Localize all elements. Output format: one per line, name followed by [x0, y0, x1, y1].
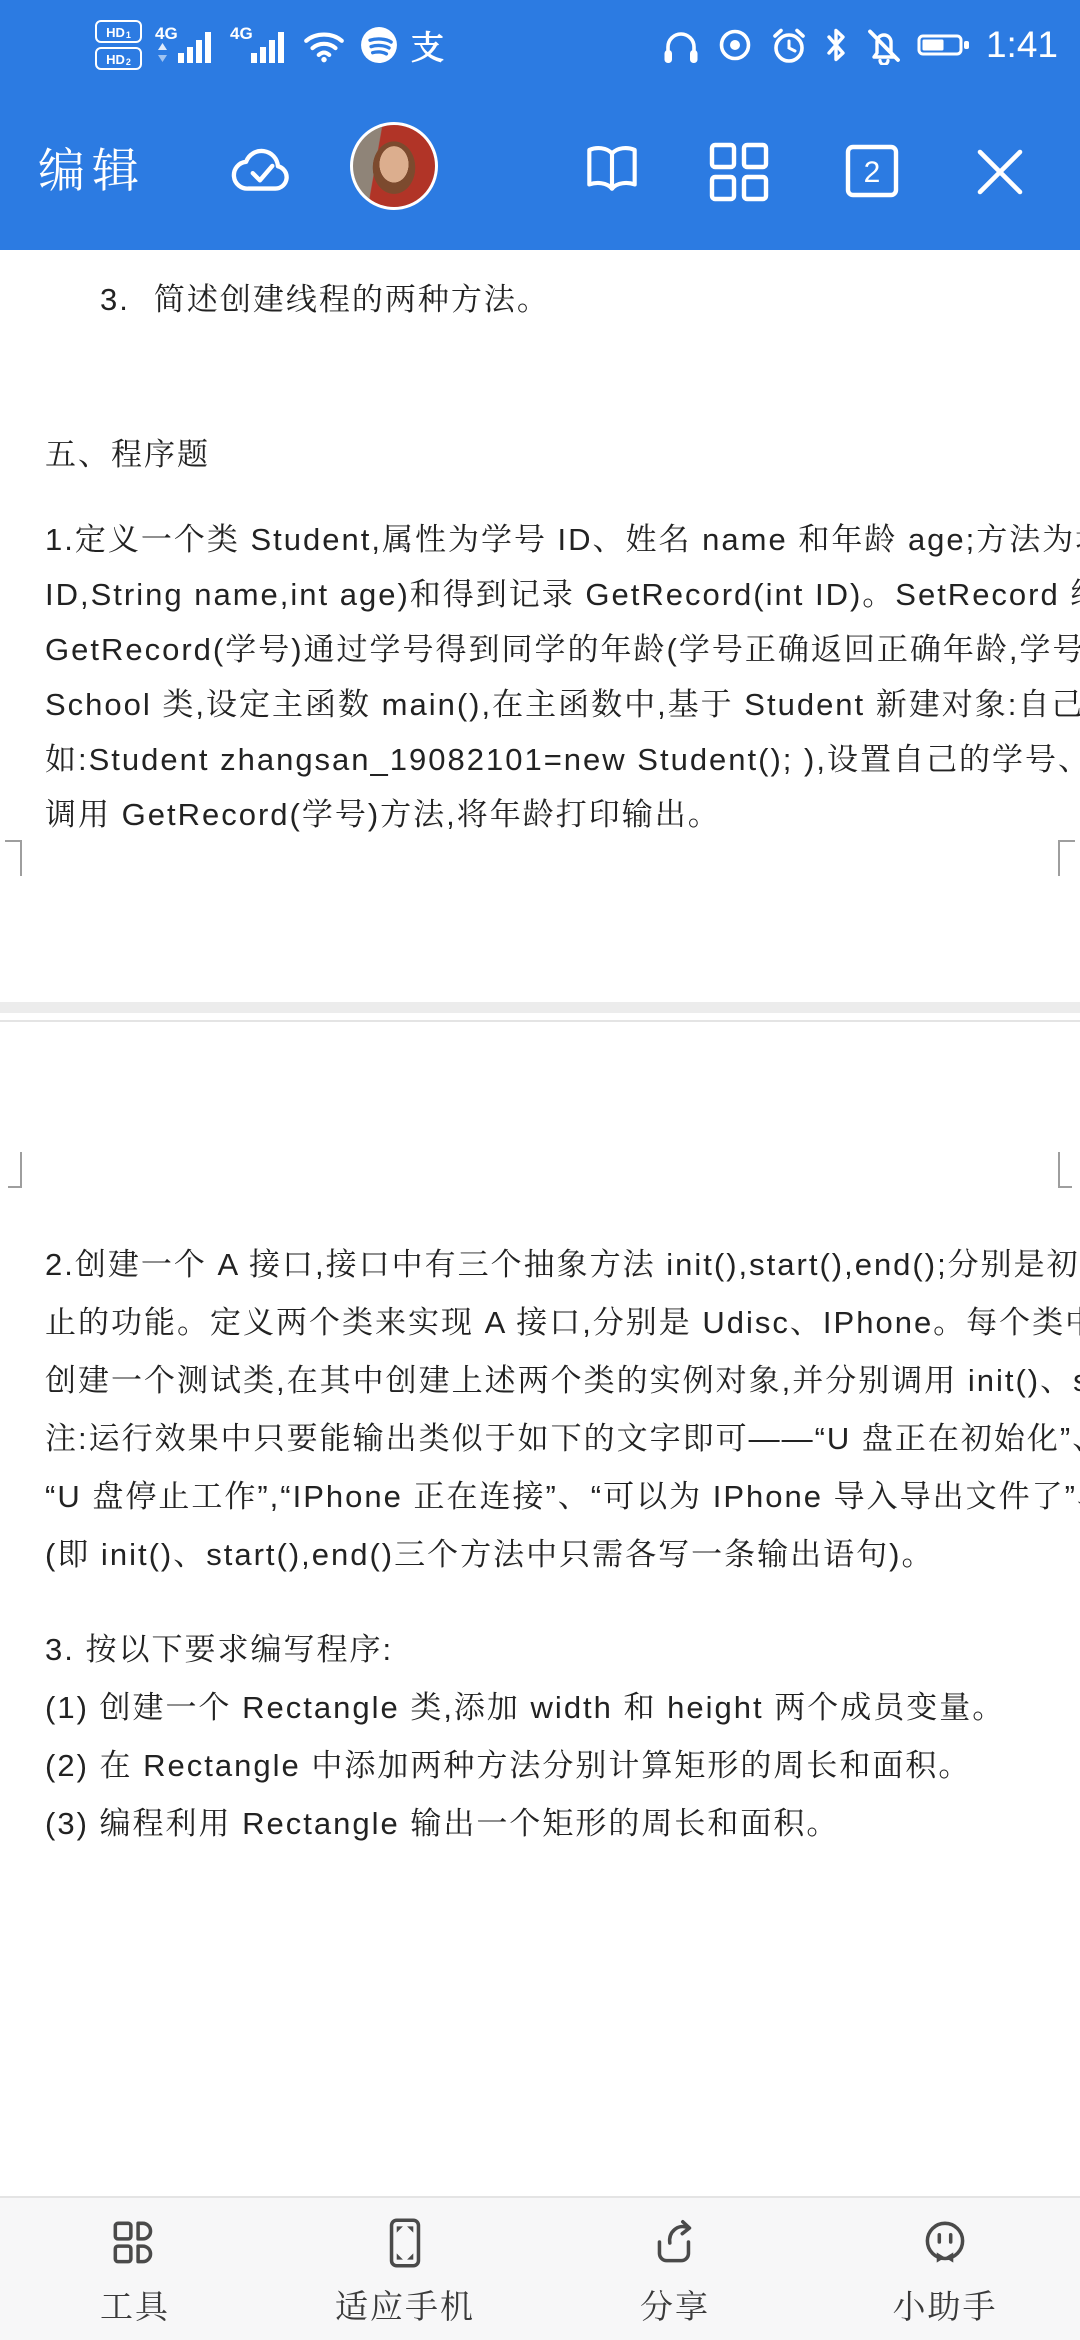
close-icon — [972, 144, 1028, 200]
assistant-face-icon — [916, 2214, 974, 2272]
doc-line: 2.创建一个 A 接口,接口中有三个抽象方法 init(),start(),en… — [45, 1245, 1080, 1285]
doc-line: 注:运行效果中只要能输出类似于如下的文字即可——“U 盘正在初始化”、“U 盘开… — [45, 1419, 1080, 1459]
page1-corner-left — [5, 840, 22, 876]
battery-icon — [917, 31, 971, 59]
q3-text: 简述创建线程的两种方法。 — [154, 282, 550, 317]
share-arrow-icon — [646, 2214, 704, 2272]
doc-line: School 类,设定主函数 main(),在主函数中,基于 Student 新… — [45, 685, 1080, 725]
svg-text:4G: 4G — [230, 24, 253, 43]
hd1-sub: 1 — [126, 30, 131, 41]
hd2-icon: HD2 — [95, 47, 142, 70]
signal-4g-1-icon: 4G — [155, 23, 215, 67]
document-canvas[interactable]: 3.简述创建线程的两种方法。 五、程序题 1.定义一个类 Student,属性为… — [0, 250, 1080, 2196]
doc-line: ID,String name,int age)和得到记录 GetRecord(i… — [45, 575, 1080, 615]
fit-phone-button[interactable]: 适应手机 — [270, 2198, 540, 2340]
doc-line: “U 盘停止工作”,“IPhone 正在连接”、“可以为 IPhone 导入导出… — [45, 1477, 1080, 1517]
headphones-icon — [660, 25, 702, 65]
hd-badges: HD1 HD2 — [95, 20, 142, 70]
page1-corner-right — [1058, 840, 1075, 876]
fit-phone-label: 适应手机 — [335, 2281, 475, 2328]
spotify-icon — [360, 26, 398, 64]
svg-text:2: 2 — [864, 156, 881, 189]
doc-line: (1) 创建一个 Rectangle 类,添加 width 和 height 两… — [45, 1688, 1005, 1728]
status-right: 1:41 — [660, 24, 1058, 66]
status-bar: HD1 HD2 4G 4G — [95, 14, 1058, 76]
doc-q3-title: 3. 按以下要求编写程序: — [45, 1630, 393, 1670]
assistant-label: 小助手 — [893, 2281, 998, 2328]
doc-line: (3) 编程利用 Rectangle 输出一个矩形的周长和面积。 — [45, 1804, 839, 1844]
page-switcher-button[interactable]: 2 — [842, 141, 902, 204]
clock-text: 1:41 — [986, 24, 1058, 66]
tools-button[interactable]: 工具 — [0, 2198, 270, 2340]
page2-corner-left — [8, 1152, 22, 1188]
close-button[interactable] — [972, 144, 1028, 203]
doc-line: 如:Student zhangsan_19082101=new Student(… — [45, 740, 1080, 780]
notifications-off-icon — [862, 25, 904, 65]
hd2-label: HD — [106, 51, 125, 68]
list-marker: 3. — [100, 282, 130, 317]
page-separator-hairline — [0, 1020, 1080, 1022]
signal-4g-2-icon: 4G — [228, 23, 288, 67]
alipay-icon: 支 — [411, 22, 444, 69]
wifi-icon — [301, 27, 347, 63]
share-label: 分享 — [640, 2281, 710, 2328]
doc-line: (2) 在 Rectangle 中添加两种方法分别计算矩形的周长和面积。 — [45, 1746, 971, 1786]
status-left: HD1 HD2 4G 4G — [95, 20, 444, 70]
avatar[interactable] — [350, 122, 438, 210]
edit-mode-button[interactable]: 编辑 — [38, 134, 146, 201]
doc-line: 止的功能。定义两个类来实现 A 接口,分别是 Udisc、IPhone。每个类中… — [45, 1303, 1080, 1343]
open-book-icon — [578, 140, 646, 198]
tools-grid-icon — [106, 2214, 164, 2272]
page-count-icon: 2 — [842, 141, 902, 201]
doc-line: GetRecord(学号)通过学号得到同学的年龄(学号正确返回正确年龄,学号错误… — [45, 630, 1080, 670]
alarm-clock-icon — [768, 25, 810, 65]
layout-grid-button[interactable] — [708, 141, 770, 206]
hd1-label: HD — [106, 24, 125, 41]
screen: HD1 HD2 4G 4G — [0, 0, 1080, 2340]
cloud-check-icon — [226, 138, 298, 198]
page2-corner-right — [1058, 1152, 1072, 1188]
svg-text:4G: 4G — [155, 24, 178, 43]
grid-icon — [708, 141, 770, 203]
hd2-sub: 2 — [126, 57, 131, 68]
doc-line: (即 init()、start(),end()三个方法中只需各写一条输出语句)。 — [45, 1535, 934, 1575]
doc-line: 调用 GetRecord(学号)方法,将年龄打印输出。 — [45, 795, 721, 835]
doc-line: 1.定义一个类 Student,属性为学号 ID、姓名 name 和年龄 age… — [45, 520, 1080, 560]
screen-record-icon — [715, 25, 755, 65]
fit-phone-icon — [376, 2214, 434, 2272]
bluetooth-icon — [823, 25, 849, 65]
page-separator — [0, 1002, 1080, 1013]
doc-line: 创建一个测试类,在其中创建上述两个类的实例对象,并分别调用 init()、sta… — [45, 1361, 1080, 1401]
app-header: HD1 HD2 4G 4G — [0, 0, 1080, 250]
doc-section-title: 五、程序题 — [45, 435, 210, 475]
cloud-saved-button[interactable] — [226, 138, 298, 201]
doc-line-q3: 3.简述创建线程的两种方法。 — [100, 280, 550, 320]
reader-view-button[interactable] — [578, 140, 646, 201]
share-button[interactable]: 分享 — [540, 2198, 810, 2340]
bottom-toolbar: 工具 适应手机 分享 — [0, 2196, 1080, 2340]
assistant-button[interactable]: 小助手 — [810, 2198, 1080, 2340]
hd1-icon: HD1 — [95, 20, 142, 43]
tools-label: 工具 — [100, 2281, 170, 2328]
